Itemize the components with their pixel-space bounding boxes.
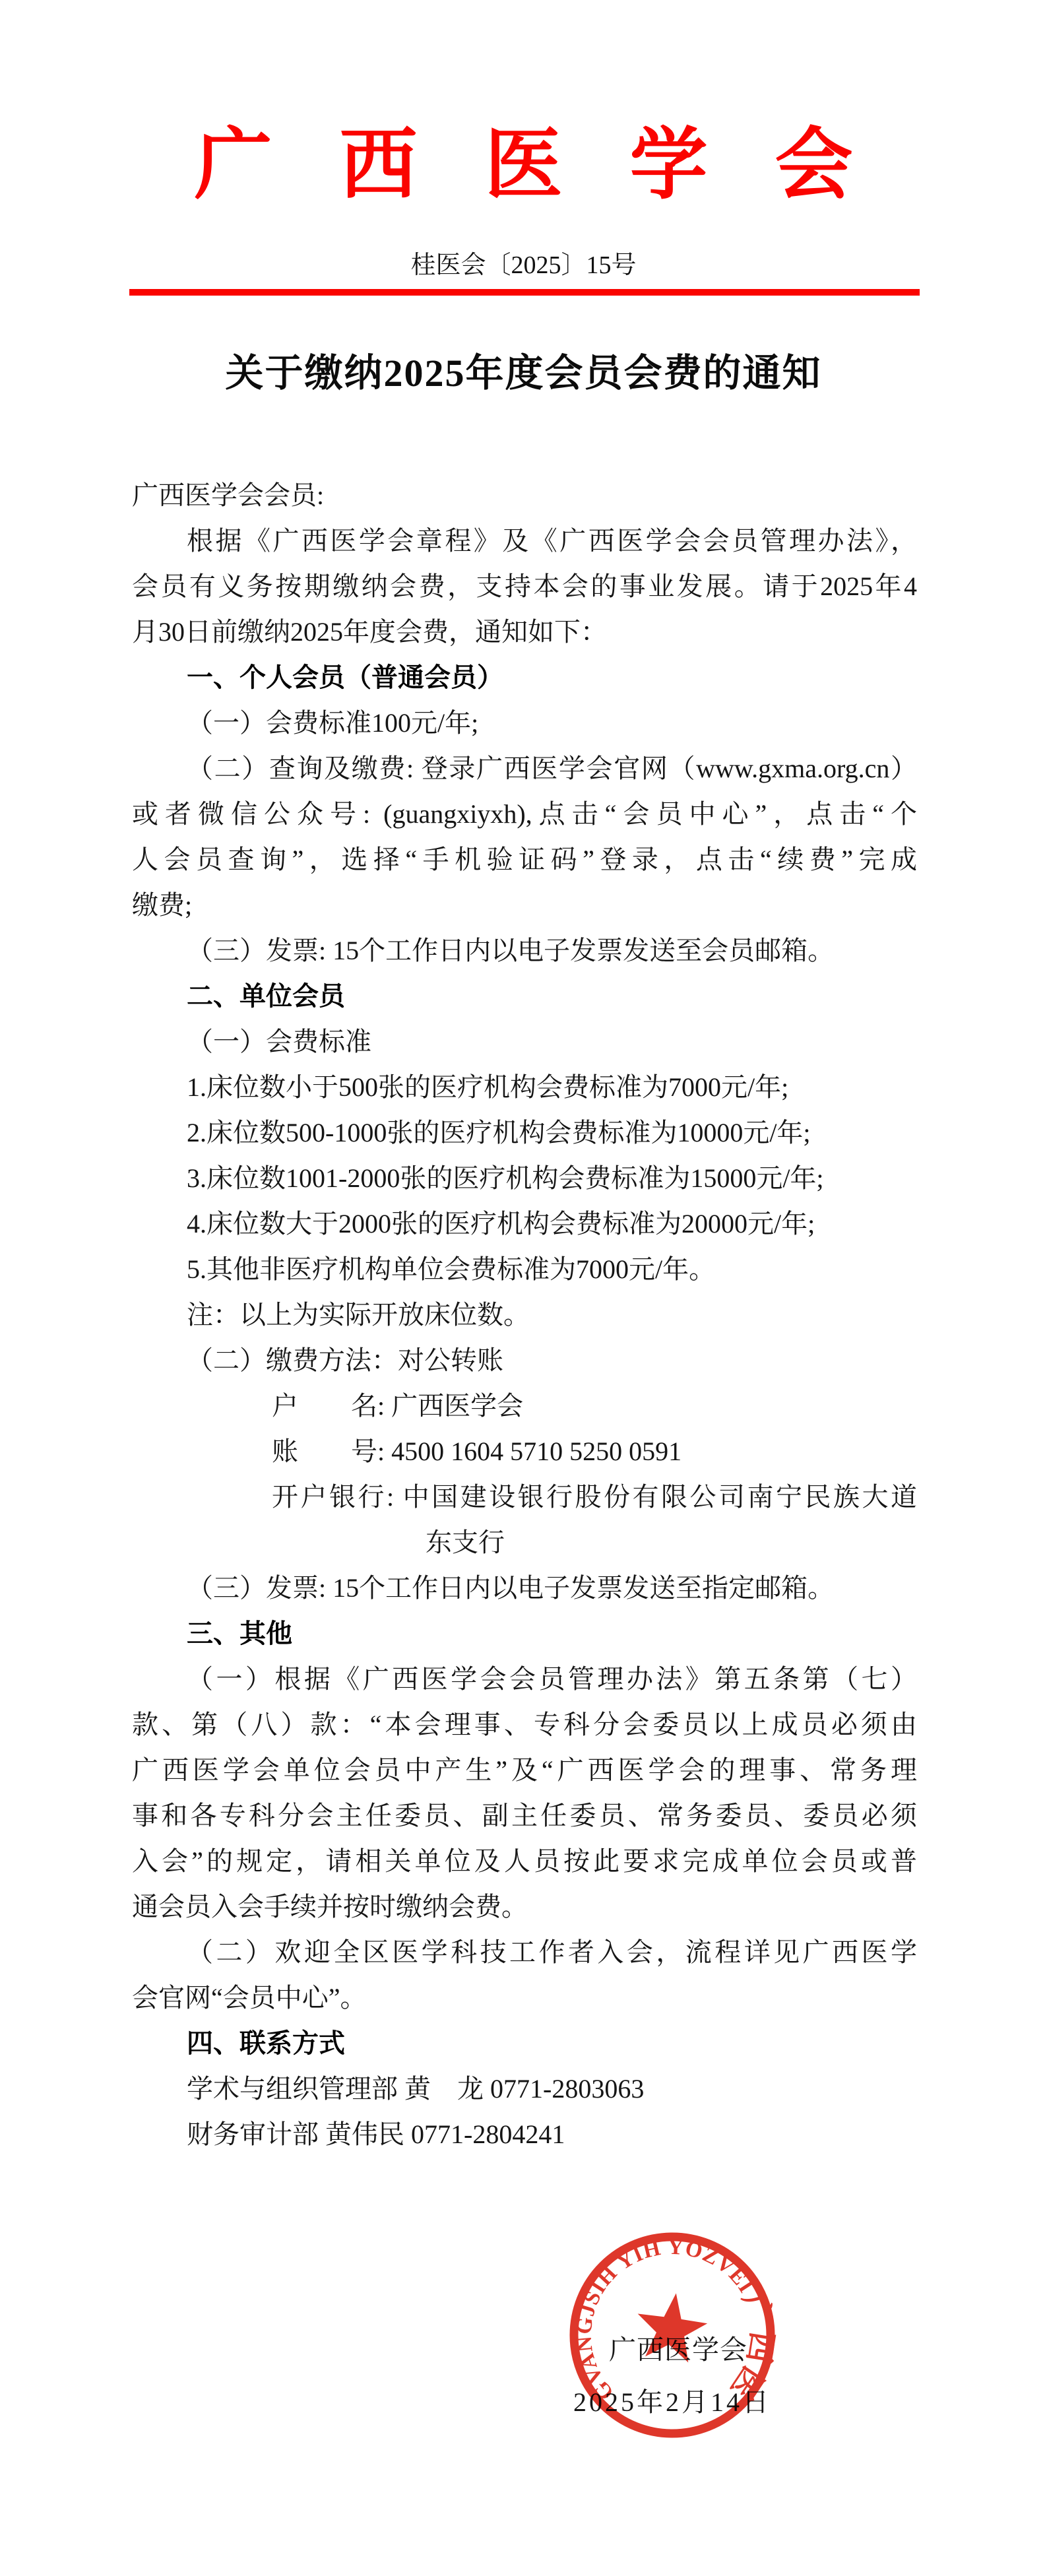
letterhead-title: 广西医学会 [34,123,1047,209]
body-line: 月30日前缴纳2025年度会费，通知如下： [132,616,607,648]
body-line: 一、个人会员（普通会员） [187,662,503,693]
body-line: （一）会费标准100元/年; [187,707,478,739]
scanned-notice-page: 广西医学会 桂医会〔2025〕15号 关于缴纳2025年度会员会费的通知 广西医… [0,0,1047,2576]
body-line: （一）根据《广西医学会会员管理办法》第五条第（七） [187,1663,917,1696]
notice-title: 关于缴纳2025年度会员会费的通知 [0,352,1047,395]
body-line: 广西医学会会员: [132,480,324,511]
body-line: （二）欢迎全区医学科技工作者入会，流程详见广西医学 [187,1937,917,1970]
body-line: 3.床位数1001-2000张的医疗机构会费标准为15000元/年; [187,1163,824,1194]
body-line: 4.床位数大于2000张的医疗机构会费标准为20000元/年; [187,1208,815,1240]
body-line: （三）发票: 15个工作日内以电子发票发送至会员邮箱。 [187,935,834,967]
body-line: 注：以上为实际开放床位数。 [187,1299,530,1331]
body-line: （一）会费标准 [187,1026,371,1058]
body-line: 二、单位会员 [187,981,345,1012]
body-line: 东支行 [426,1527,505,1559]
seal-star-icon [632,2288,711,2364]
body-line: 户 名: 广西医学会 [272,1390,523,1422]
body-line: 四、联系方式 [187,2028,345,2059]
document-number: 桂医会〔2025〕15号 [0,251,1047,281]
body-line: 三、其他 [187,1618,292,1650]
body-line: 缴费; [132,889,192,921]
body-line: 事和各专科分会主任委员、副主任委员、常务委员、委员必须 [132,1800,917,1833]
body-line: 账 号: 4500 1604 5710 5250 0591 [272,1436,682,1467]
body-line: 开户银行: 中国建设银行股份有限公司南宁民族大道 [272,1481,917,1514]
body-line: 款、第（八）款：“本会理事、专科分会委员以上成员必须由 [132,1709,917,1742]
body-line: 人会员查询”，选择“手机验证码”登录，点击“续费”完成 [132,844,917,877]
body-line: 5.其他非医疗机构单位会费标准为7000元/年。 [187,1254,715,1285]
body-line: 广西医学会单位会员中产生”及“广西医学会的理事、常务理 [132,1755,917,1787]
body-line: 入会”的规定，请相关单位及人员按此要求完成单位会员或普 [132,1846,917,1879]
body-line: 学术与组织管理部 黄 龙 0771-2803063 [187,2073,644,2105]
official-seal-stamp: GVANGJSIH YIH YOZVEI 广西医学会 [565,2228,779,2442]
body-line: 2.床位数500-1000张的医疗机构会费标准为10000元/年; [187,1117,811,1149]
body-line: 会官网“会员中心”。 [132,1982,367,2014]
body-line: 通会员入会手续并按时缴纳会费。 [132,1891,528,1923]
body-line: 或者微信公众号: (guangxiyxh),点击“会员中心”，点击“个 [132,798,917,831]
body-line: 根据《广西医学会章程》及《广西医学会会员管理办法》， [187,525,917,558]
body-line: 财务审计部 黄伟民 0771-2804241 [187,2119,565,2150]
body-line: 会员有义务按期缴纳会费，支持本会的事业发展。请于2025年4 [132,571,917,604]
body-line: （三）发票: 15个工作日内以电子发票发送至指定邮箱。 [187,1572,834,1604]
body-line: （二）缴费方法：对公转账 [187,1345,503,1376]
body-line: 1.床位数小于500张的医疗机构会费标准为7000元/年; [187,1072,788,1103]
red-divider-rule [129,289,920,296]
body-line: （二）查询及缴费: 登录广西医学会官网（www.gxma.org.cn） [187,753,917,786]
